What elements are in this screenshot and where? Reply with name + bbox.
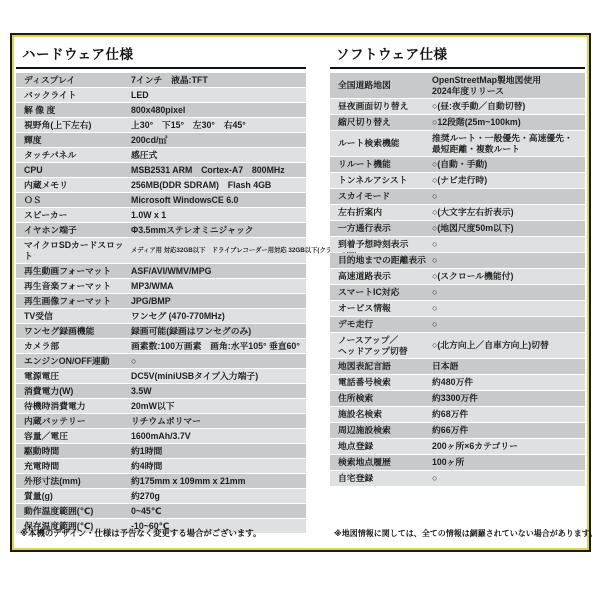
spec-value: 3.5W bbox=[129, 384, 306, 398]
spec-row: 視野角(上下左右)上30° 下15° 左30° 右45° bbox=[16, 118, 306, 132]
spec-value: メディア用 対応32GB以下 ドライブレコーダー用対応 32GB以下(クラス6以… bbox=[129, 244, 358, 258]
spec-row: 再生画像フォーマットJPG/BMP bbox=[16, 294, 306, 308]
spec-label: 高速道路表示 bbox=[330, 270, 430, 284]
spec-row: タッチパネル感圧式 bbox=[16, 148, 306, 162]
spec-row: 輝度200cd/㎡ bbox=[16, 133, 306, 147]
spec-label: 目的地までの距離表示 bbox=[330, 254, 430, 268]
spec-row: リルート機能○(自動・手動) bbox=[330, 157, 585, 172]
spec-row: ディスプレイ7インチ 液晶:TFT bbox=[16, 73, 306, 87]
spec-row: ＯＳMicrosoft WindowsCE 6.0 bbox=[16, 193, 306, 207]
software-footnote: ※地図情報に関しては、全ての情報は網羅されていない場合があります。 bbox=[334, 528, 597, 539]
spec-row: 容量／電圧1600mAh/3.7V bbox=[16, 429, 306, 443]
spec-row: 駆動時間約1時間 bbox=[16, 444, 306, 458]
spec-label: 周辺施設検索 bbox=[330, 424, 430, 438]
spec-value: 約3300万件 bbox=[430, 392, 585, 406]
spec-row: 電源電圧DC5V(miniUSBタイプ入力端子) bbox=[16, 369, 306, 383]
spec-row: 縮尺切り替え○12段階(25m~100km) bbox=[330, 115, 585, 130]
spec-label: ワンセグ録画機能 bbox=[16, 324, 129, 338]
spec-row: 高速道路表示○(スクロール機能付) bbox=[330, 269, 585, 284]
spec-label: 容量／電圧 bbox=[16, 429, 129, 443]
spec-row: 自宅登録○ bbox=[330, 471, 585, 486]
spec-label: 一方通行表示 bbox=[330, 222, 430, 236]
spec-columns: ハードウェア仕様 ディスプレイ7インチ 液晶:TFTバックライトLED解 像 度… bbox=[16, 39, 585, 546]
spec-value: ○ bbox=[430, 286, 585, 300]
spec-label: 電話番号検索 bbox=[330, 376, 430, 390]
spec-value: 約175mm x 109mm x 21mm bbox=[129, 474, 306, 488]
spec-row: CPUMSB2531 ARM Cortex-A7 800MHz bbox=[16, 163, 306, 177]
spec-value: ○ bbox=[129, 354, 306, 368]
spec-value: ○(地図尺度50m以下) bbox=[430, 222, 585, 236]
spec-label: ノースアップ／ ヘッドアップ切替 bbox=[330, 333, 430, 358]
spec-value: Microsoft WindowsCE 6.0 bbox=[129, 193, 306, 207]
spec-label: 全国道路地図 bbox=[330, 79, 430, 93]
spec-row: オービス情報○ bbox=[330, 301, 585, 316]
spec-value: 200ヶ所×6カテゴリー bbox=[430, 440, 585, 454]
spec-row: 質量(g)約270g bbox=[16, 489, 306, 503]
spec-label: TV受信 bbox=[16, 309, 129, 323]
spec-value: 感圧式 bbox=[129, 148, 306, 162]
spec-row: ワンセグ録画機能録画可能(録画はワンセグのみ) bbox=[16, 324, 306, 338]
spec-row: ルート検索機能推奨ルート・一般優先・高速優先・ 最短距離・複数ルート bbox=[330, 131, 585, 156]
spec-label: 外形寸法(mm) bbox=[16, 474, 129, 488]
spec-label: イヤホン端子 bbox=[16, 223, 129, 237]
spec-row: 施設名検索約68万件 bbox=[330, 407, 585, 422]
spec-value: ○(スクロール機能付) bbox=[430, 270, 585, 284]
spec-label: 左右折案内 bbox=[330, 206, 430, 220]
spec-value: 0~45℃ bbox=[129, 504, 306, 518]
spec-row: マイクロSDカードスロットメディア用 対応32GB以下 ドライブレコーダー用対応… bbox=[16, 238, 306, 263]
spec-row: 解 像 度800x480pixel bbox=[16, 103, 306, 117]
spec-value: 100ヶ所 bbox=[430, 456, 585, 470]
spec-row: スカイモード○ bbox=[330, 189, 585, 204]
spec-row: スマートIC対応○ bbox=[330, 285, 585, 300]
spec-label: 再生音楽フォーマット bbox=[16, 279, 129, 293]
spec-label: 地点登録 bbox=[330, 440, 430, 454]
spec-label: スマートIC対応 bbox=[330, 286, 430, 300]
spec-value: ○ bbox=[430, 238, 585, 252]
spec-row: 左右折案内○(大文字左右折表示) bbox=[330, 205, 585, 220]
spec-value: 200cd/㎡ bbox=[129, 133, 306, 147]
hardware-column: ハードウェア仕様 ディスプレイ7インチ 液晶:TFTバックライトLED解 像 度… bbox=[16, 40, 306, 546]
spec-label: 再生画像フォーマット bbox=[16, 294, 129, 308]
spec-value: ○ bbox=[430, 318, 585, 332]
spec-label: 再生動画フォーマット bbox=[16, 264, 129, 278]
spec-row: 再生動画フォーマットASF/AVI/WMV/MPG bbox=[16, 264, 306, 278]
spec-label: ディスプレイ bbox=[16, 73, 129, 87]
spec-label: 解 像 度 bbox=[16, 103, 129, 117]
software-title: ソフトウェア仕様 bbox=[330, 40, 585, 69]
spec-value: ○(北方向上／自車方向上)切替 bbox=[430, 339, 585, 353]
spec-row: 検索地点履歴100ヶ所 bbox=[330, 455, 585, 470]
spec-label: カメラ部 bbox=[16, 339, 129, 353]
spec-label: 昼夜画面切り替え bbox=[330, 100, 430, 114]
spec-label: 到着予想時刻表示 bbox=[330, 238, 430, 252]
spec-label: スピーカー bbox=[16, 208, 129, 222]
spec-row: バックライトLED bbox=[16, 88, 306, 102]
spec-label: マイクロSDカードスロット bbox=[16, 238, 129, 263]
spec-value: 約270g bbox=[129, 489, 306, 503]
spec-value: 約4時間 bbox=[129, 459, 306, 473]
spec-row: 外形寸法(mm)約175mm x 109mm x 21mm bbox=[16, 474, 306, 488]
spec-label: リルート機能 bbox=[330, 158, 430, 172]
spec-value: 約66万件 bbox=[430, 424, 585, 438]
hardware-title: ハードウェア仕様 bbox=[16, 40, 306, 69]
spec-row: 一方通行表示○(地図尺度50m以下) bbox=[330, 221, 585, 236]
spec-value: 800x480pixel bbox=[129, 103, 306, 117]
spec-frame-inner: ハードウェア仕様 ディスプレイ7インチ 液晶:TFTバックライトLED解 像 度… bbox=[16, 39, 585, 546]
spec-frame: ハードウェア仕様 ディスプレイ7インチ 液晶:TFTバックライトLED解 像 度… bbox=[10, 33, 591, 552]
spec-label: 縮尺切り替え bbox=[330, 116, 430, 130]
spec-label: 内蔵バッテリー bbox=[16, 414, 129, 428]
spec-row: 待機時消費電力20mW以下 bbox=[16, 399, 306, 413]
spec-label: 内蔵メモリ bbox=[16, 178, 129, 192]
spec-row: 内蔵メモリ256MB(DDR SDRAM) Flash 4GB bbox=[16, 178, 306, 192]
spec-row: TV受信ワンセグ (470-770MHz) bbox=[16, 309, 306, 323]
spec-row: デモ走行○ bbox=[330, 317, 585, 332]
spec-row: カメラ部画素数:100万画素 画角:水平105° 垂直60° bbox=[16, 339, 306, 353]
spec-row: 電話番号検索約480万件 bbox=[330, 375, 585, 390]
spec-value: 画素数:100万画素 画角:水平105° 垂直60° bbox=[129, 339, 306, 353]
spec-value: MP3/WMA bbox=[129, 279, 306, 293]
spec-row: 昼夜画面切り替え○(昼:夜手動／自動切替) bbox=[330, 99, 585, 114]
spec-row: ノースアップ／ ヘッドアップ切替○(北方向上／自車方向上)切替 bbox=[330, 333, 585, 358]
spec-row: 地点登録200ヶ所×6カテゴリー bbox=[330, 439, 585, 454]
spec-row: 地図表記言語日本語 bbox=[330, 359, 585, 374]
spec-row: 全国道路地図OpenStreetMap製地図使用 2024年度リリース bbox=[330, 73, 585, 98]
spec-label: 住所検索 bbox=[330, 392, 430, 406]
spec-value: DC5V(miniUSBタイプ入力端子) bbox=[129, 369, 306, 383]
spec-value: ○(自動・手動) bbox=[430, 158, 585, 172]
software-column: ソフトウェア仕様 全国道路地図OpenStreetMap製地図使用 2024年度… bbox=[330, 40, 585, 546]
spec-value: OpenStreetMap製地図使用 2024年度リリース bbox=[430, 73, 585, 98]
spec-value: 1.0W x 1 bbox=[129, 208, 306, 222]
spec-value: ○ bbox=[430, 302, 585, 316]
spec-value: ○ bbox=[430, 190, 585, 204]
spec-label: タッチパネル bbox=[16, 148, 129, 162]
spec-row: 再生音楽フォーマットMP3/WMA bbox=[16, 279, 306, 293]
spec-row: 消費電力(W)3.5W bbox=[16, 384, 306, 398]
spec-row: トンネルアシスト○(ナビ走行時) bbox=[330, 173, 585, 188]
spec-row: 住所検索約3300万件 bbox=[330, 391, 585, 406]
spec-value: 約480万件 bbox=[430, 376, 585, 390]
spec-value: 上30° 下15° 左30° 右45° bbox=[129, 118, 306, 132]
spec-value: 推奨ルート・一般優先・高速優先・ 最短距離・複数ルート bbox=[430, 131, 585, 156]
spec-label: 施設名検索 bbox=[330, 408, 430, 422]
spec-row: エンジンON/OFF連動○ bbox=[16, 354, 306, 368]
spec-label: 電源電圧 bbox=[16, 369, 129, 383]
spec-row: イヤホン端子Φ3.5mmステレオミニジャック bbox=[16, 223, 306, 237]
spec-value: ○(昼:夜手動／自動切替) bbox=[430, 100, 585, 114]
spec-value: ワンセグ (470-770MHz) bbox=[129, 309, 306, 323]
spec-value: LED bbox=[129, 88, 306, 102]
spec-label: 動作温度範囲(℃) bbox=[16, 504, 129, 518]
spec-value: 7インチ 液晶:TFT bbox=[129, 73, 306, 87]
hardware-footnote: ※本機のデザイン・仕様は予告なく変更する場合がございます。 bbox=[20, 527, 261, 539]
spec-row: 充電時間約4時間 bbox=[16, 459, 306, 473]
spec-label: デモ走行 bbox=[330, 318, 430, 332]
spec-label: ルート検索機能 bbox=[330, 137, 430, 151]
spec-value: 約1時間 bbox=[129, 444, 306, 458]
spec-label: エンジンON/OFF連動 bbox=[16, 354, 129, 368]
spec-value: ○ bbox=[430, 254, 585, 268]
spec-value: リチウムポリマー bbox=[129, 414, 306, 428]
spec-label: オービス情報 bbox=[330, 302, 430, 316]
spec-label: 視野角(上下左右) bbox=[16, 118, 129, 132]
hardware-table: ディスプレイ7インチ 液晶:TFTバックライトLED解 像 度800x480pi… bbox=[16, 73, 306, 534]
spec-row: 内蔵バッテリーリチウムポリマー bbox=[16, 414, 306, 428]
spec-value: Φ3.5mmステレオミニジャック bbox=[129, 223, 306, 237]
spec-value: 日本語 bbox=[430, 360, 585, 374]
spec-row: 周辺施設検索約66万件 bbox=[330, 423, 585, 438]
spec-label: CPU bbox=[16, 163, 129, 177]
spec-label: トンネルアシスト bbox=[330, 174, 430, 188]
spec-label: バックライト bbox=[16, 88, 129, 102]
spec-value: JPG/BMP bbox=[129, 294, 306, 308]
spec-value: ○(大文字左右折表示) bbox=[430, 206, 585, 220]
spec-row: 到着予想時刻表示○ bbox=[330, 237, 585, 252]
spec-label: ＯＳ bbox=[16, 193, 129, 207]
spec-value: MSB2531 ARM Cortex-A7 800MHz bbox=[129, 163, 306, 177]
spec-value: ○(ナビ走行時) bbox=[430, 174, 585, 188]
software-table: 全国道路地図OpenStreetMap製地図使用 2024年度リリース昼夜画面切… bbox=[330, 73, 585, 487]
spec-value: 20mW以下 bbox=[129, 399, 306, 413]
spec-label: 待機時消費電力 bbox=[16, 399, 129, 413]
spec-label: 自宅登録 bbox=[330, 472, 430, 486]
spec-row: スピーカー1.0W x 1 bbox=[16, 208, 306, 222]
spec-label: 検索地点履歴 bbox=[330, 456, 430, 470]
spec-value: 256MB(DDR SDRAM) Flash 4GB bbox=[129, 178, 306, 192]
spec-label: 質量(g) bbox=[16, 489, 129, 503]
spec-label: 駆動時間 bbox=[16, 444, 129, 458]
spec-value: 録画可能(録画はワンセグのみ) bbox=[129, 324, 306, 338]
spec-label: スカイモード bbox=[330, 190, 430, 204]
spec-value: ASF/AVI/WMV/MPG bbox=[129, 264, 306, 278]
spec-value: ○ bbox=[430, 472, 585, 486]
spec-value: 1600mAh/3.7V bbox=[129, 429, 306, 443]
spec-row: 動作温度範囲(℃)0~45℃ bbox=[16, 504, 306, 518]
spec-label: 輝度 bbox=[16, 133, 129, 147]
spec-sheet-page: ハードウェア仕様 ディスプレイ7インチ 液晶:TFTバックライトLED解 像 度… bbox=[0, 0, 600, 600]
spec-value: 約68万件 bbox=[430, 408, 585, 422]
spec-value: ○12段階(25m~100km) bbox=[430, 116, 585, 130]
spec-label: 充電時間 bbox=[16, 459, 129, 473]
spec-label: 消費電力(W) bbox=[16, 384, 129, 398]
spec-row: 目的地までの距離表示○ bbox=[330, 253, 585, 268]
spec-label: 地図表記言語 bbox=[330, 360, 430, 374]
